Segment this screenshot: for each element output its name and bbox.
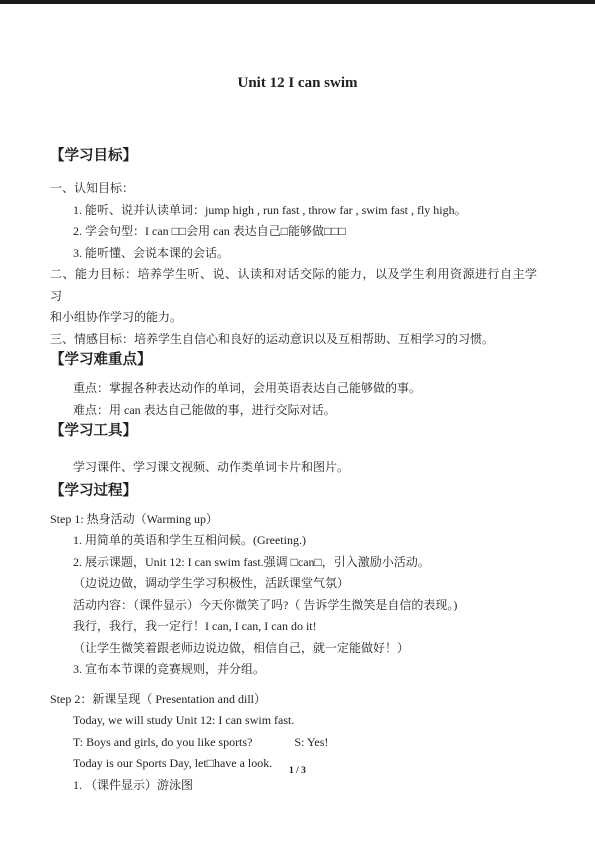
doc-line-step2-presentation: Step 2：新课呈现（ Presentation and dill） (50, 689, 545, 711)
doc-line-goal-item-1: 1. 能听、说并认读单词：jump high , run fast , thro… (50, 200, 545, 222)
doc-line-step1-item-2: 2. 展示课题，Unit 12: I can swim fast.强调 □can… (50, 552, 545, 574)
doc-line-goal-item-2: 2. 学会句型：I can □□会用 can 表达自己□能够做□□□ (50, 221, 545, 243)
doc-line-activity-content: 活动内容：（课件显示）今天你微笑了吗?（ 告诉学生微笑是自信的表现。) (50, 595, 545, 617)
document-title: Unit 12 I can swim (50, 74, 545, 92)
doc-line-swimming-picture: 1. （课件显示）游泳图 (50, 775, 545, 797)
heading-learning-tools: 【学习工具】 (50, 421, 545, 441)
doc-line-cognitive-goals-label: 一、认知目标： (50, 178, 545, 200)
doc-line-step2-intro: Today, we will study Unit 12: I can swim… (50, 710, 545, 732)
doc-line-teacher-student-dialog: T: Boys and girls, do you like sports? S… (50, 732, 545, 754)
doc-line-key-point: 重点：掌握各种表达动作的单词，会用英语表达自己能够做的事。 (50, 378, 545, 400)
heading-key-difficult-points: 【学习难重点】 (50, 350, 545, 370)
doc-line-goal-item-3: 3. 能听懂、会说本课的会话。 (50, 243, 545, 265)
heading-learning-process: 【学习过程】 (50, 481, 545, 501)
doc-line-chant: 我行，我行，我一定行！I can, I can, I can do it! (50, 616, 545, 638)
doc-line-step1-item-1: 1. 用简单的英语和学生互相问候。(Greeting.) (50, 530, 545, 552)
doc-line-tools: 学习课件、学习课文视频、动作类单词卡片和图片。 (50, 457, 545, 479)
heading-learning-goals: 【学习目标】 (50, 146, 545, 166)
doc-line-step1-item-3: 3. 宣布本节课的竞赛规则，并分组。 (50, 659, 545, 681)
doc-line-step1-note-2: （让学生微笑着跟老师边说边做，相信自己，就一定能做好！） (50, 638, 545, 660)
page-number: 1 / 3 (0, 766, 595, 776)
doc-line-step1-note-1: （边说边做，调动学生学习积极性，活跃课堂气氛） (50, 573, 545, 595)
document-body: Unit 12 I can swim 【学习目标】 一、认知目标： 1. 能听、… (50, 4, 545, 796)
doc-line-ability-goals-wrap: 和小组协作学习的能力。 (50, 307, 545, 329)
doc-line-difficult-point: 难点：用 can 表达自己能做的事，进行交际对话。 (50, 400, 545, 422)
doc-line-emotional-goals: 三、情感目标：培养学生自信心和良好的运动意识以及互相帮助、互相学习的习惯。 (50, 329, 545, 351)
document-page: Unit 12 I can swim 【学习目标】 一、认知目标： 1. 能听、… (0, 0, 595, 841)
doc-line-step1-warming-up: Step 1: 热身活动（Warming up） (50, 509, 545, 531)
doc-line-ability-goals: 二、能力目标：培养学生听、说、认读和对话交际的能力，以及学生利用资源进行自主学习 (50, 264, 545, 307)
